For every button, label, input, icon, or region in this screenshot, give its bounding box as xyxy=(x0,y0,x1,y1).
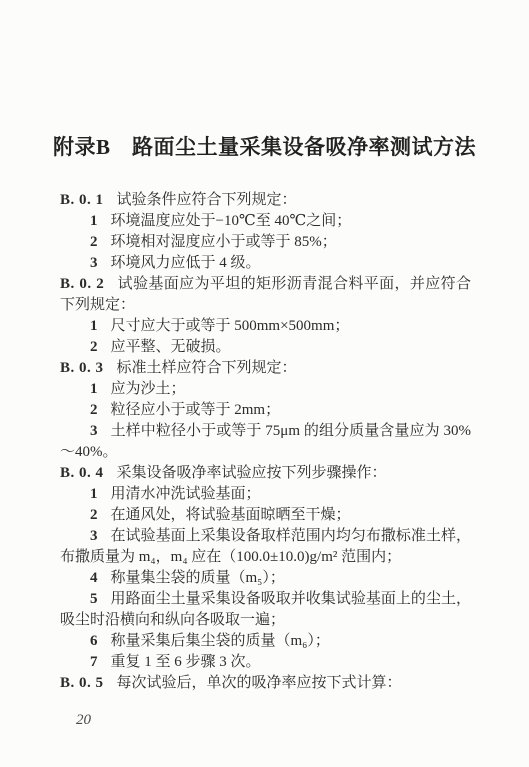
clause-b04: B. 0. 4采集设备吸净率试验应按下列步骤操作： 1用清水冲洗试验基面； 2在… xyxy=(60,463,471,673)
item-text: 称量采集后集尘袋的质量（m₆）； xyxy=(111,633,330,649)
list-item: 2应平整、无破损。 xyxy=(60,337,471,358)
item-text: 在试验基面上采集设备取样范围内均匀布撒标准土样，布撒质量为 m₄，m₄ 应在（1… xyxy=(60,528,471,565)
clause-intro-text: 试验条件应符合下列规定： xyxy=(117,192,297,208)
item-text: 粒径应小于或等于 2mm； xyxy=(111,402,281,418)
item-text: 用路面尘土量采集设备吸取并收集试验基面上的尘土，吸尘时沿横向和纵向各吸取一遍； xyxy=(60,591,471,628)
item-number: 2 xyxy=(90,339,98,355)
item-text: 重复 1 至 6 步骤 3 次。 xyxy=(111,654,261,670)
list-item: 1应为沙土； xyxy=(60,379,471,400)
list-item: 2粒径应小于或等于 2mm； xyxy=(60,400,471,421)
item-text: 称量集尘袋的质量（m₅）； xyxy=(111,570,285,586)
clause-heading: B. 0. 2试验基面应为平坦的矩形沥青混合料平面，并应符合下列规定： xyxy=(60,274,471,316)
clause-heading: B. 0. 3标准土样应符合下列规定： xyxy=(60,358,471,379)
document-page: 附录B 路面尘土量采集设备吸净率测试方法 B. 0. 1试验条件应符合下列规定：… xyxy=(0,0,529,767)
item-number: 3 xyxy=(90,528,98,544)
clause-intro-text: 试验基面应为平坦的矩形沥青混合料平面，并应符合下列规定： xyxy=(60,276,471,313)
item-text: 环境风力应低于 4 级。 xyxy=(111,255,261,271)
item-number: 1 xyxy=(90,318,98,334)
item-text: 应为沙土； xyxy=(111,381,186,397)
list-item: 4称量集尘袋的质量（m₅）； xyxy=(60,568,471,589)
clause-b05: B. 0. 5每次试验后，单次的吸净率应按下式计算： xyxy=(60,673,471,694)
item-number: 6 xyxy=(90,633,98,649)
item-text: 用清水冲洗试验基面； xyxy=(111,486,261,502)
list-item: 2在通风处，将试验基面晾晒至干燥； xyxy=(60,505,471,526)
item-number: 4 xyxy=(90,570,98,586)
list-item: 3土样中粒径小于或等于 75μm 的组分质量含量应为 30%～40%。 xyxy=(60,421,471,463)
item-number: 1 xyxy=(90,381,98,397)
item-number: 3 xyxy=(90,423,98,439)
list-item: 6称量采集后集尘袋的质量（m₆）； xyxy=(60,631,471,652)
item-number: 1 xyxy=(90,213,98,229)
list-item: 3在试验基面上采集设备取样范围内均匀布撒标准土样，布撒质量为 m₄，m₄ 应在（… xyxy=(60,526,471,568)
clause-heading: B. 0. 1试验条件应符合下列规定： xyxy=(60,190,471,211)
clause-number: B. 0. 3 xyxy=(60,360,104,376)
list-item: 1环境温度应处于−10℃至 40℃之间； xyxy=(60,211,471,232)
list-item: 7重复 1 至 6 步骤 3 次。 xyxy=(60,652,471,673)
item-text: 环境温度应处于−10℃至 40℃之间； xyxy=(111,213,352,229)
item-text: 应平整、无破损。 xyxy=(111,339,231,355)
item-number: 2 xyxy=(90,507,98,523)
list-item: 1用清水冲洗试验基面； xyxy=(60,484,471,505)
clause-heading: B. 0. 5每次试验后，单次的吸净率应按下式计算： xyxy=(60,673,471,694)
document-body: B. 0. 1试验条件应符合下列规定： 1环境温度应处于−10℃至 40℃之间；… xyxy=(60,190,471,694)
item-text: 在通风处，将试验基面晾晒至干燥； xyxy=(111,507,351,523)
item-text: 尺寸应大于或等于 500mm×500mm； xyxy=(111,318,350,334)
appendix-title: 附录B 路面尘土量采集设备吸净率测试方法 xyxy=(0,131,529,161)
item-number: 3 xyxy=(90,255,98,271)
clause-intro-text: 采集设备吸净率试验应按下列步骤操作： xyxy=(117,465,387,481)
clause-number: B. 0. 1 xyxy=(60,192,104,208)
item-number: 2 xyxy=(90,402,98,418)
clause-b02: B. 0. 2试验基面应为平坦的矩形沥青混合料平面，并应符合下列规定： 1尺寸应… xyxy=(60,274,471,358)
list-item: 3环境风力应低于 4 级。 xyxy=(60,253,471,274)
clause-intro-text: 标准土样应符合下列规定： xyxy=(117,360,297,376)
item-text: 环境相对湿度应小于或等于 85%； xyxy=(111,234,337,250)
clause-heading: B. 0. 4采集设备吸净率试验应按下列步骤操作： xyxy=(60,463,471,484)
clause-b03: B. 0. 3标准土样应符合下列规定： 1应为沙土； 2粒径应小于或等于 2mm… xyxy=(60,358,471,463)
item-number: 7 xyxy=(90,654,98,670)
list-item: 2环境相对湿度应小于或等于 85%； xyxy=(60,232,471,253)
clause-number: B. 0. 4 xyxy=(60,465,104,481)
clause-number: B. 0. 5 xyxy=(60,675,104,691)
list-item: 1尺寸应大于或等于 500mm×500mm； xyxy=(60,316,471,337)
clause-number: B. 0. 2 xyxy=(60,276,104,292)
clause-intro-text: 每次试验后，单次的吸净率应按下式计算： xyxy=(117,675,402,691)
list-item: 5用路面尘土量采集设备吸取并收集试验基面上的尘土，吸尘时沿横向和纵向各吸取一遍； xyxy=(60,589,471,631)
item-number: 2 xyxy=(90,234,98,250)
item-number: 5 xyxy=(90,591,98,607)
clause-b01: B. 0. 1试验条件应符合下列规定： 1环境温度应处于−10℃至 40℃之间；… xyxy=(60,190,471,274)
page-number: 20 xyxy=(76,712,91,729)
item-text: 土样中粒径小于或等于 75μm 的组分质量含量应为 30%～40%。 xyxy=(60,423,471,460)
item-number: 1 xyxy=(90,486,98,502)
